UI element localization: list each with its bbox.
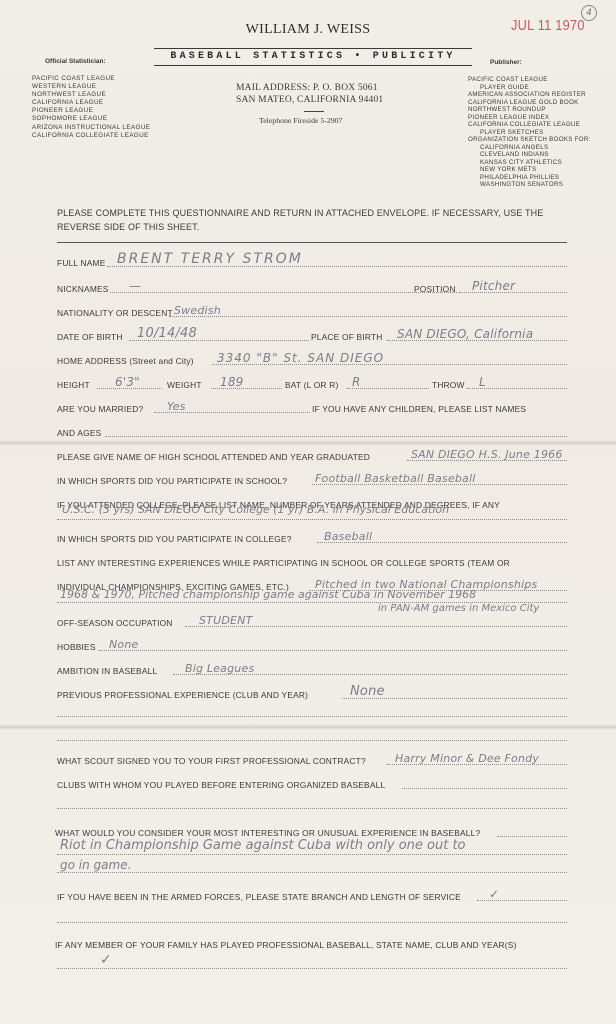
nicknames-field[interactable]: — <box>129 279 141 293</box>
position-field[interactable]: Pitcher <box>472 279 515 293</box>
date-of-birth-field[interactable]: 10/14/48 <box>137 326 197 341</box>
home-address-row: HOME ADDRESS (Street and City) 3340 "B" … <box>57 352 567 366</box>
clubs-before-row: CLUBS WITH WHOM YOU PLAYED BEFORE ENTERI… <box>57 776 567 790</box>
official-statistician-heading: Official Statistician: <box>45 58 106 65</box>
full-name-field[interactable]: BRENT TERRY STROM <box>117 251 303 267</box>
scout-row: WHAT SCOUT SIGNED YOU TO YOUR FIRST PROF… <box>57 752 567 766</box>
place-of-birth-field[interactable]: SAN DIEGO, California <box>397 327 533 341</box>
previous-pro-field[interactable]: None <box>350 684 385 699</box>
full-name-row: FULL NAME BRENT TERRY STROM <box>57 254 567 268</box>
publication-item: WASHINGTON SENATORS <box>468 181 591 189</box>
publication-item: CALIFORNIA COLLEGIATE LEAGUE <box>468 121 591 129</box>
bat-field[interactable]: R <box>352 375 361 389</box>
league-item: NORTHWEST LEAGUE <box>32 91 150 99</box>
divider <box>57 242 567 243</box>
publication-item: PLAYER SKETCHES <box>468 129 591 137</box>
family-row: IF ANY MEMBER OF YOUR FAMILY HAS PLAYED … <box>57 936 567 950</box>
ambition-field[interactable]: Big Leagues <box>185 662 254 675</box>
weight-field[interactable]: 189 <box>220 375 244 389</box>
unusual-line-2 <box>57 872 567 873</box>
college-sports-field[interactable]: Baseball <box>324 530 372 543</box>
previous-pro-row: PREVIOUS PROFESSIONAL EXPERIENCE (CLUB A… <box>57 686 567 700</box>
publisher-heading: Publisher: <box>490 59 522 66</box>
family-field[interactable]: ✓ <box>100 952 112 968</box>
armed-forces-line <box>57 922 567 923</box>
high-school-row: PLEASE GIVE NAME OF HIGH SCHOOL ATTENDED… <box>57 448 567 462</box>
publication-item: PACIFIC COAST LEAGUE <box>468 76 591 84</box>
birth-row: DATE OF BIRTH 10/14/48 PLACE OF BIRTH SA… <box>57 328 567 342</box>
clubs-before-line <box>57 808 567 809</box>
college-field[interactable]: U.S.C. (3 yrs) SAN DIEGO City College (1… <box>62 503 449 516</box>
armed-forces-row: IF YOU HAVE BEEN IN THE ARMED FORCES, PL… <box>57 888 567 902</box>
publication-item: AMERICAN ASSOCIATION REGISTER <box>468 91 591 99</box>
league-item: PIONEER LEAGUE <box>32 107 150 115</box>
married-row: ARE YOU MARRIED? Yes IF YOU HAVE ANY CHI… <box>57 400 567 414</box>
experiences-field-2[interactable]: 1968 & 1970, Pitched championship game a… <box>60 588 476 601</box>
league-item: CALIFORNIA LEAGUE <box>32 99 150 107</box>
paper-fold <box>0 724 616 730</box>
league-item: SOPHOMORE LEAGUE <box>32 115 150 123</box>
publication-item: CLEVELAND INDIANS <box>468 151 591 159</box>
school-sports-row: IN WHICH SPORTS DID YOU PARTICIPATE IN S… <box>57 472 567 486</box>
paper-fold <box>0 440 616 446</box>
publisher-list: PACIFIC COAST LEAGUEPLAYER GUIDEAMERICAN… <box>468 76 591 189</box>
circled-page-number: 4 <box>581 5 597 21</box>
family-line <box>57 968 567 969</box>
unusual-line <box>57 854 567 855</box>
unusual-field-2[interactable]: go in game. <box>60 858 131 872</box>
questionnaire-page: WILLIAM J. WEISS BASEBALL STATISTICS • P… <box>0 0 616 1024</box>
armed-forces-field[interactable]: ✓ <box>489 887 499 901</box>
nationality-field[interactable]: Swedish <box>174 304 221 317</box>
home-address-field[interactable]: 3340 "B" St. SAN DIEGO <box>217 351 384 365</box>
letterhead-banner: BASEBALL STATISTICS • PUBLICITY <box>154 48 472 66</box>
publication-item: ORGANIZATION SKETCH BOOKS FOR: <box>468 136 591 144</box>
physical-row: HEIGHT 6'3" WEIGHT 189 BAT (L OR R) R TH… <box>57 376 567 390</box>
instructions: PLEASE COMPLETE THIS QUESTIONNAIRE AND R… <box>57 206 567 234</box>
publication-item: KANSAS CITY ATHLETICS <box>468 159 591 167</box>
ambition-row: AMBITION IN BASEBALL Big Leagues <box>57 662 567 676</box>
date-stamp: JUL 11 1970 <box>511 17 585 34</box>
publication-item: CALIFORNIA ANGELS <box>468 144 591 152</box>
children-row: AND AGES <box>57 424 567 438</box>
previous-pro-line-2 <box>57 740 567 741</box>
publication-item: PIONEER LEAGUE INDEX <box>468 114 591 122</box>
scout-field[interactable]: Harry Minor & Dee Fondy <box>395 752 539 765</box>
publication-item: CALIFORNIA LEAGUE GOLD BOOK <box>468 99 591 107</box>
off-season-field[interactable]: STUDENT <box>199 614 253 627</box>
off-season-row: OFF-SEASON OCCUPATION STUDENT <box>57 614 567 628</box>
divider <box>304 111 324 112</box>
college-line <box>57 519 567 520</box>
publication-item: PHILADELPHIA PHILLIES <box>468 174 591 182</box>
school-sports-field[interactable]: Football Basketball Baseball <box>315 472 475 485</box>
experiences-row: LIST ANY INTERESTING EXPERIENCES WHILE P… <box>57 554 567 568</box>
league-item: CALIFORNIA COLLEGIATE LEAGUE <box>32 132 150 140</box>
throw-field[interactable]: L <box>479 375 486 389</box>
experiences-field-3[interactable]: in PAN-AM games in Mexico City <box>378 603 539 614</box>
previous-pro-line <box>57 716 567 717</box>
nationality-row: NATIONALITY OR DESCENT Swedish <box>57 304 567 318</box>
publication-item: PLAYER GUIDE <box>468 84 591 92</box>
league-item: PACIFIC COAST LEAGUE <box>32 75 150 83</box>
hobbies-field[interactable]: None <box>109 638 139 651</box>
publication-item: NEW YORK METS <box>468 166 591 174</box>
height-field[interactable]: 6'3" <box>115 375 140 389</box>
high-school-field[interactable]: SAN DIEGO H.S. June 1966 <box>411 448 563 461</box>
nicknames-position-row: NICKNAMES — POSITION Pitcher <box>57 280 567 294</box>
telephone: Telephone Fireside 5-2907 <box>259 116 342 125</box>
unusual-row: WHAT WOULD YOU CONSIDER YOUR MOST INTERE… <box>57 824 567 838</box>
unusual-field[interactable]: Riot in Championship Game against Cuba w… <box>60 838 466 853</box>
married-field[interactable]: Yes <box>167 400 186 413</box>
publication-item: NORTHWEST ROUNDUP <box>468 106 591 114</box>
hobbies-row: HOBBIES None <box>57 638 567 652</box>
college-sports-row: IN WHICH SPORTS DID YOU PARTICIPATE IN C… <box>57 530 567 544</box>
league-item: ARIZONA INSTRUCTIONAL LEAGUE <box>32 124 150 132</box>
league-list: PACIFIC COAST LEAGUEWESTERN LEAGUENORTHW… <box>32 75 150 140</box>
league-item: WESTERN LEAGUE <box>32 83 150 91</box>
mail-address: MAIL ADDRESS: P. O. BOX 5061 SAN MATEO, … <box>236 82 383 106</box>
